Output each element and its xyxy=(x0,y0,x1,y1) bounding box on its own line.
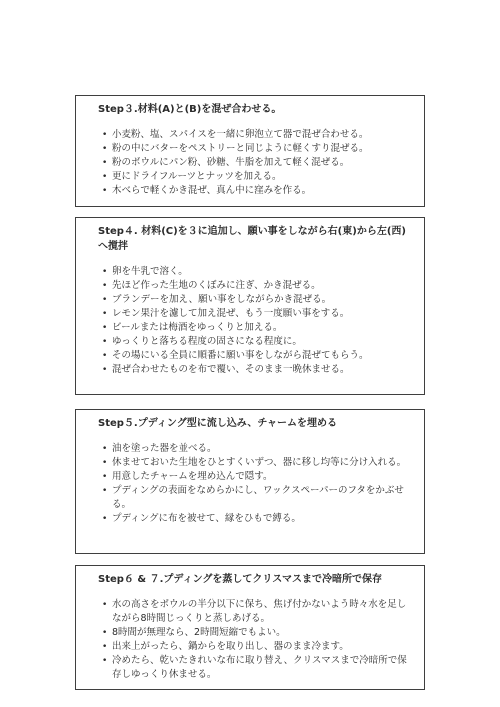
bullet-item: 休ませておいた生地をひとすくいずつ、器に移し均等に分け入れる。 xyxy=(102,456,410,470)
bullet-item: 木べらで軽くかき混ぜ、真ん中に窪みを作る。 xyxy=(102,184,410,198)
bullet-item: 冷めたら、乾いたきれいな布に取り替え、クリスマスまで冷暗所で保存しゆっくり休ませ… xyxy=(102,654,410,682)
bullet-item: 混ぜ合わせたものを布で覆い、そのまま一晩休ませる。 xyxy=(102,363,410,377)
bullet-item: プディングに布を被せて、縁をひもで縛る。 xyxy=(102,512,410,526)
bullet-item: 更にドライフルーツとナッツを加える。 xyxy=(102,170,410,184)
step5-title: Step５.プディング型に流し込み、チャームを埋める xyxy=(98,416,410,431)
step3-section: Step３.材料(A)と(B)を混ぜ合わせる。 小麦粉、塩、スパイスを一緒に卵泡… xyxy=(75,95,425,207)
step6-7-bullet-list: 水の高さをボウルの半分以下に保ち、焦げ付かないよう時々水を足しながら8時間じっく… xyxy=(98,598,410,682)
bullet-item: 卵を牛乳で溶く。 xyxy=(102,265,410,279)
step5-section: Step５.プディング型に流し込み、チャームを埋める 油を塗った器を並べる。 休… xyxy=(75,409,425,554)
step6-7-section: Step６ & ７.プディングを蒸してクリスマスまで冷暗所で保存 水の高さをボウ… xyxy=(75,565,425,690)
bullet-item: レモン果汁を濾して加え混ぜ、もう一度願い事をする。 xyxy=(102,307,410,321)
step4-section: Step４. 材料(C)を３に追加し、願い事をしながら右(東)から左(西)へ撹拌… xyxy=(75,217,425,395)
bullet-item: 先ほど作った生地のくぼみに注ぎ、かき混ぜる。 xyxy=(102,279,410,293)
bullet-item: 粉の中にバターをペストリーと同じように軽くすり混ぜる。 xyxy=(102,142,410,156)
step3-title: Step３.材料(A)と(B)を混ぜ合わせる。 xyxy=(98,102,410,117)
bullet-item: ゆっくりと落ちる程度の固さになる程度に。 xyxy=(102,335,410,349)
bullet-item: 小麦粉、塩、スパイスを一緒に卵泡立て器で混ぜ合わせる。 xyxy=(102,128,410,142)
bullet-item: 水の高さをボウルの半分以下に保ち、焦げ付かないよう時々水を足しながら8時間じっく… xyxy=(102,598,410,626)
bullet-item: プディングの表面をなめらかにし、ワックスペーパーのフタをかぶせる。 xyxy=(102,484,410,512)
bullet-item: 8時間が無理なら、2時間短縮でもよい。 xyxy=(102,626,410,640)
step5-bullet-list: 油を塗った器を並べる。 休ませておいた生地をひとすくいずつ、器に移し均等に分け入… xyxy=(98,442,410,526)
bullet-item: ビールまたは梅酒をゆっくりと加える。 xyxy=(102,321,410,335)
bullet-item: その場にいる全員に順番に願い事をしながら混ぜてもらう。 xyxy=(102,349,410,363)
step4-title: Step４. 材料(C)を３に追加し、願い事をしながら右(東)から左(西)へ撹拌 xyxy=(98,224,410,254)
step4-bullet-list: 卵を牛乳で溶く。 先ほど作った生地のくぼみに注ぎ、かき混ぜる。 ブランデーを加え… xyxy=(98,265,410,377)
bullet-item: ブランデーを加え、願い事をしながらかき混ぜる。 xyxy=(102,293,410,307)
bullet-item: 出来上がったら、鍋からを取り出し、器のまま冷ます。 xyxy=(102,640,410,654)
bullet-item: 粉のボウルにパン粉、砂糖、牛脂を加えて軽く混ぜる。 xyxy=(102,156,410,170)
step3-bullet-list: 小麦粉、塩、スパイスを一緒に卵泡立て器で混ぜ合わせる。 粉の中にバターをペストリ… xyxy=(98,128,410,198)
bullet-item: 油を塗った器を並べる。 xyxy=(102,442,410,456)
document-page: Step３.材料(A)と(B)を混ぜ合わせる。 小麦粉、塩、スパイスを一緒に卵泡… xyxy=(0,0,500,707)
bullet-item: 用意したチャームを埋め込んで隠す。 xyxy=(102,470,410,484)
step6-7-title: Step６ & ７.プディングを蒸してクリスマスまで冷暗所で保存 xyxy=(98,572,410,587)
